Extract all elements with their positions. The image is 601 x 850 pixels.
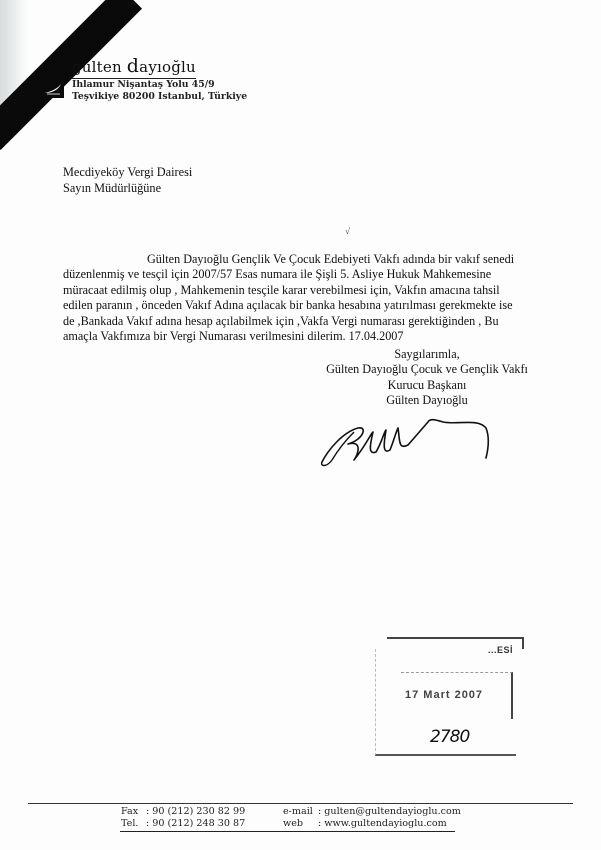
tel-label: Tel.	[121, 818, 146, 830]
tel-value: : 90 (212) 248 30 87	[146, 818, 245, 829]
address-line-1: Ihlamur Nişantaş Yolu 45/9	[72, 79, 247, 91]
pen-mark-icon: √	[345, 226, 350, 236]
footer-email: e-mail: gulten@gultendayioglu.com	[283, 806, 461, 818]
receipt-stamp: ...ESİ 17 Mart 2007 2780	[375, 637, 530, 757]
footer-underline	[120, 831, 455, 832]
footer-web: web: www.gultendayioglu.com	[283, 818, 461, 830]
recipient-block: Mecdiyeköy Vergi Dairesi Sayın Müdürlüğü…	[63, 165, 192, 196]
email-label: e-mail	[283, 806, 318, 818]
closing-salutation: Saygılarımla,	[312, 347, 542, 362]
body-line: müracaat edilmiş olup , Mahkemenin tesçi…	[63, 283, 513, 298]
closing-title: Kurucu Başkanı	[312, 378, 542, 393]
letter-body: Gülten Dayıoğlu Gençlik Ve Çocuk Edebiye…	[63, 252, 513, 344]
recipient-office: Mecdiyeköy Vergi Dairesi	[63, 165, 192, 181]
brand-name: gülten dayıoğlu	[72, 55, 196, 79]
closing-organization: Gülten Dayıoğlu Çocuk ve Gençlik Vakfı	[312, 362, 542, 377]
body-line: amaçla Vakfımıza bir Vergi Numarası veri…	[63, 329, 513, 344]
stamp-date: 17 Mart 2007	[405, 689, 483, 701]
footer-fax: Fax: 90 (212) 230 82 99	[121, 806, 245, 818]
web-label: web	[283, 818, 318, 830]
recipient-salutation: Sayın Müdürlüğüne	[63, 181, 192, 197]
body-line: Gülten Dayıoğlu Gençlik Ve Çocuk Edebiye…	[63, 252, 513, 267]
handwritten-signature	[318, 410, 498, 475]
fax-label: Fax	[121, 806, 146, 818]
footer-contact-block: e-mail: gulten@gultendayioglu.com web: w…	[283, 806, 461, 829]
brand-first-name: gülten	[72, 58, 122, 76]
letterhead-address: Ihlamur Nişantaş Yolu 45/9 Teşvikiye 802…	[72, 79, 247, 102]
leaf-logo-icon	[42, 80, 64, 98]
body-line: düzenlenmiş ve tesçil için 2007/57 Esas …	[63, 267, 513, 282]
body-line: edilen paranın , önceden Vakıf Adına açı…	[63, 298, 513, 313]
closing-block: Saygılarımla, Gülten Dayıoğlu Çocuk ve G…	[312, 347, 542, 409]
email-value: : gulten@gultendayioglu.com	[318, 806, 461, 817]
brand-initial: d	[127, 55, 139, 77]
fax-value: : 90 (212) 230 82 99	[146, 806, 245, 817]
stamp-header: ...ESİ	[393, 645, 513, 655]
stamp-handwritten-number: 2780	[430, 727, 469, 747]
footer-tel: Tel.: 90 (212) 248 30 87	[121, 818, 245, 830]
footer-phone-block: Fax: 90 (212) 230 82 99 Tel.: 90 (212) 2…	[121, 806, 245, 829]
brand-surname: ayıoğlu	[139, 58, 196, 76]
footer-divider	[28, 803, 573, 804]
address-line-2: Teşvikiye 80200 Istanbul, Türkiye	[72, 91, 247, 103]
body-line: de ,Bankada Vakıf adına hesap açılabilme…	[63, 314, 513, 329]
web-value: : www.gultendayioglu.com	[318, 818, 447, 829]
closing-name: Gülten Dayıoğlu	[312, 393, 542, 408]
